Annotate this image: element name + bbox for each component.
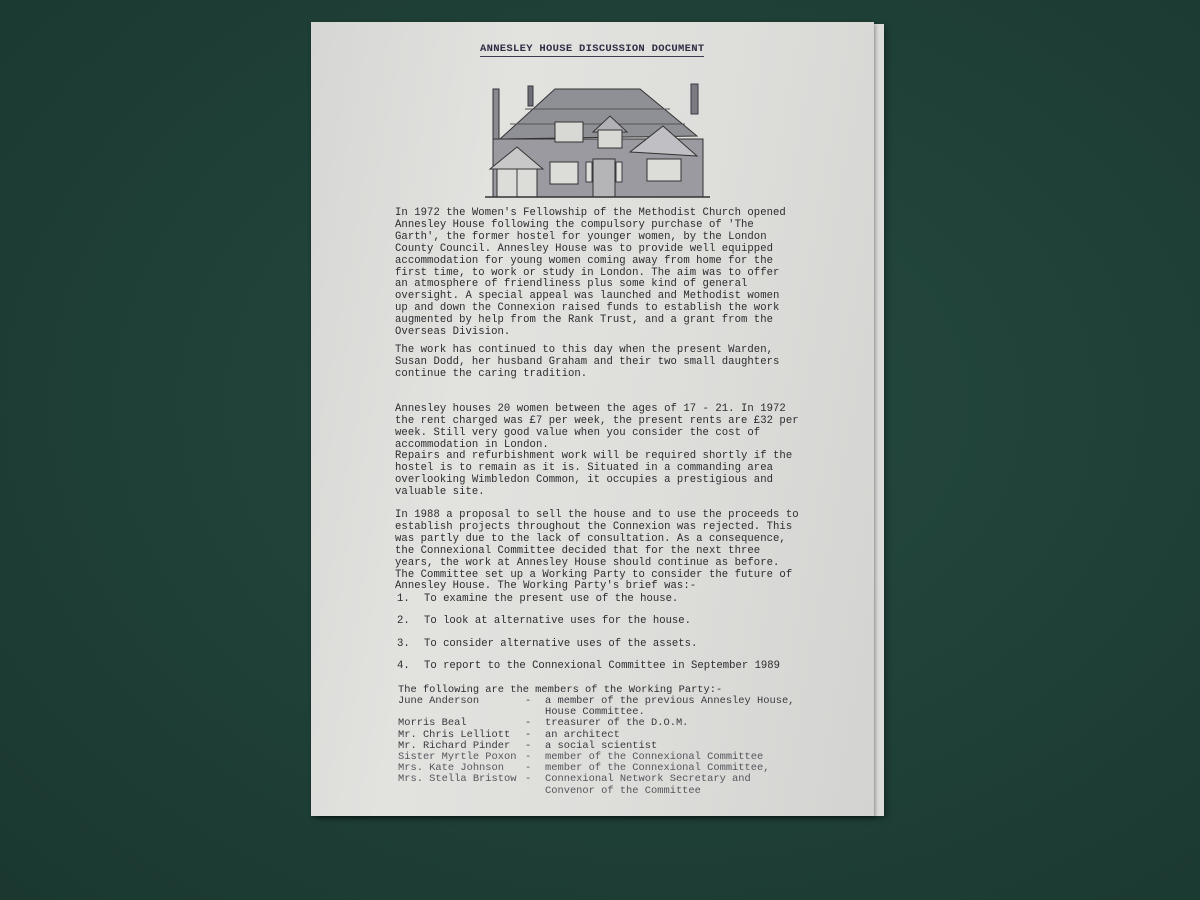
- member-row: Morris Beal-treasurer of the D.O.M.: [398, 718, 865, 729]
- paragraph-proposal: In 1988 a proposal to sell the house and…: [395, 510, 845, 593]
- document-page: ANNESLEY HOUSE DISCUSSION DOCUMENT: [311, 22, 874, 816]
- brief-item: 2.To look at alternative uses for the ho…: [397, 615, 691, 627]
- brief-item: 3.To consider alternative uses of the as…: [397, 638, 697, 650]
- paragraph-residents: Annesley houses 20 women between the age…: [395, 404, 845, 452]
- document-title: ANNESLEY HOUSE DISCUSSION DOCUMENT: [480, 43, 704, 57]
- paragraph-repairs: Repairs and refurbishment work will be r…: [395, 451, 845, 499]
- member-row: Mrs. Stella Bristow-Connexional Network …: [398, 774, 865, 796]
- brief-item: 4.To report to the Connexional Committee…: [397, 660, 780, 672]
- brief-item: 1.To examine the present use of the hous…: [397, 593, 678, 605]
- paragraph-warden: The work has continued to this day when …: [395, 345, 845, 381]
- paragraph-history: In 1972 the Women's Fellowship of the Me…: [395, 208, 845, 339]
- house-illustration: [485, 74, 710, 200]
- member-row: June Anderson-a member of the previous A…: [398, 696, 865, 718]
- members-list: June Anderson-a member of the previous A…: [398, 696, 865, 797]
